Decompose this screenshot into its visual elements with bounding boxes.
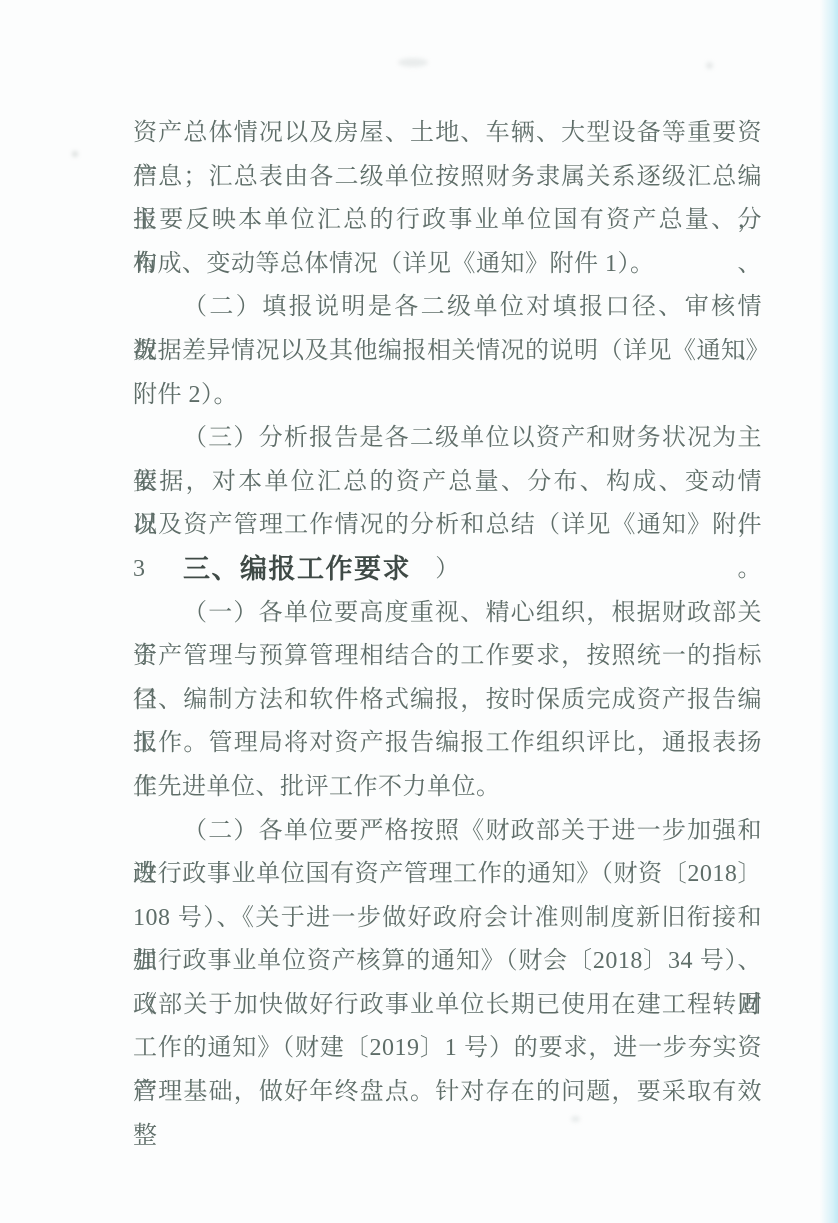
- scan-artifact: [706, 62, 713, 69]
- scan-artifact: [398, 58, 428, 67]
- text-line: 管理基础，做好年终盘点。针对存在的问题，要采取有效整: [133, 1071, 762, 1115]
- scanner-edge-shadow: [820, 0, 838, 1223]
- text-line: 工作的通知》（财建〔2019〕1 号）的要求，进一步夯实资产: [133, 1027, 762, 1071]
- scanned-document-page: 资产总体情况以及房屋、土地、车辆、大型设备等重要资产信息；汇总表由各二级单位按照…: [0, 0, 838, 1223]
- text-line: 资产管理与预算管理相结合的工作要求，按照统一的指标口: [133, 635, 762, 679]
- text-line: （一）各单位要高度重视、精心组织，根据财政部关于: [133, 592, 762, 636]
- text-line: （二）各单位要严格按照《财政部关于进一步加强和改: [133, 810, 762, 854]
- text-line: （二）填报说明是各二级单位对填报口径、审核情况、: [133, 286, 762, 330]
- text-line: 强行政事业单位资产核算的通知》（财会〔2018〕34 号）、《财: [133, 940, 762, 984]
- text-line: 附件 2）。: [133, 374, 762, 418]
- text-line: 数据差异情况以及其他编报相关情况的说明（详见《通知》: [133, 330, 762, 374]
- document-body: 资产总体情况以及房屋、土地、车辆、大型设备等重要资产信息；汇总表由各二级单位按照…: [133, 112, 762, 1115]
- text-line: 信息；汇总表由各二级单位按照财务隶属关系逐级汇总编报，: [133, 156, 762, 200]
- text-line: 108 号）、《关于进一步做好政府会计准则制度新旧衔接和加: [133, 897, 762, 941]
- text-line: （三）分析报告是各二级单位以资产和财务状况为主要: [133, 417, 762, 461]
- text-line: 作先进单位、批评工作不力单位。: [133, 766, 762, 810]
- text-line: 政部关于加快做好行政事业单位长期已使用在建工程转固: [133, 984, 762, 1028]
- scan-artifact: [571, 1116, 580, 1122]
- text-line: 径、编制方法和软件格式编报，按时保质完成资产报告编报: [133, 679, 762, 723]
- text-line: 进行政事业单位国有资产管理工作的通知》（财资〔2018〕: [133, 853, 762, 897]
- text-line: 主要反映本单位汇总的行政事业单位国有资产总量、分布、: [133, 199, 762, 243]
- scan-artifact: [72, 151, 78, 157]
- text-line: 依据，对本单位汇总的资产总量、分布、构成、变动情况，: [133, 461, 762, 505]
- text-line: 资产总体情况以及房屋、土地、车辆、大型设备等重要资产: [133, 112, 762, 156]
- text-line: 以及资产管理工作情况的分析和总结（详见《通知》附件 3）。: [133, 504, 762, 548]
- text-line: 工作。管理局将对资产报告编报工作组织评比，通报表扬工: [133, 722, 762, 766]
